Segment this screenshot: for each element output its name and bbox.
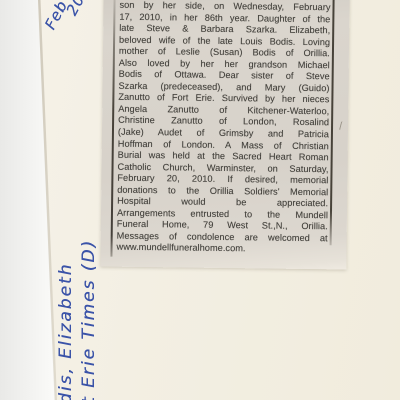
column-rule-left xyxy=(110,0,115,257)
column-rule-right xyxy=(330,0,335,245)
scanned-obituary-page: { "page": { "background_color": "#f3efe3… xyxy=(0,0,400,400)
handwritten-date-day: 20 xyxy=(63,0,89,19)
newspaper-clipping: son by her side, on Wednesday, February1… xyxy=(100,0,349,269)
obit-line: www.mundellfuneralhome.com. xyxy=(116,242,327,256)
margin-tick-mark xyxy=(339,121,344,130)
index-note-source: t Erie Times (D) xyxy=(78,226,101,400)
handwritten-index-note: dis, Elizabeth t Erie Times (D) xyxy=(55,226,101,400)
index-note-name: dis, Elizabeth xyxy=(55,226,78,400)
obituary-text: son by her side, on Wednesday, February1… xyxy=(116,0,330,256)
